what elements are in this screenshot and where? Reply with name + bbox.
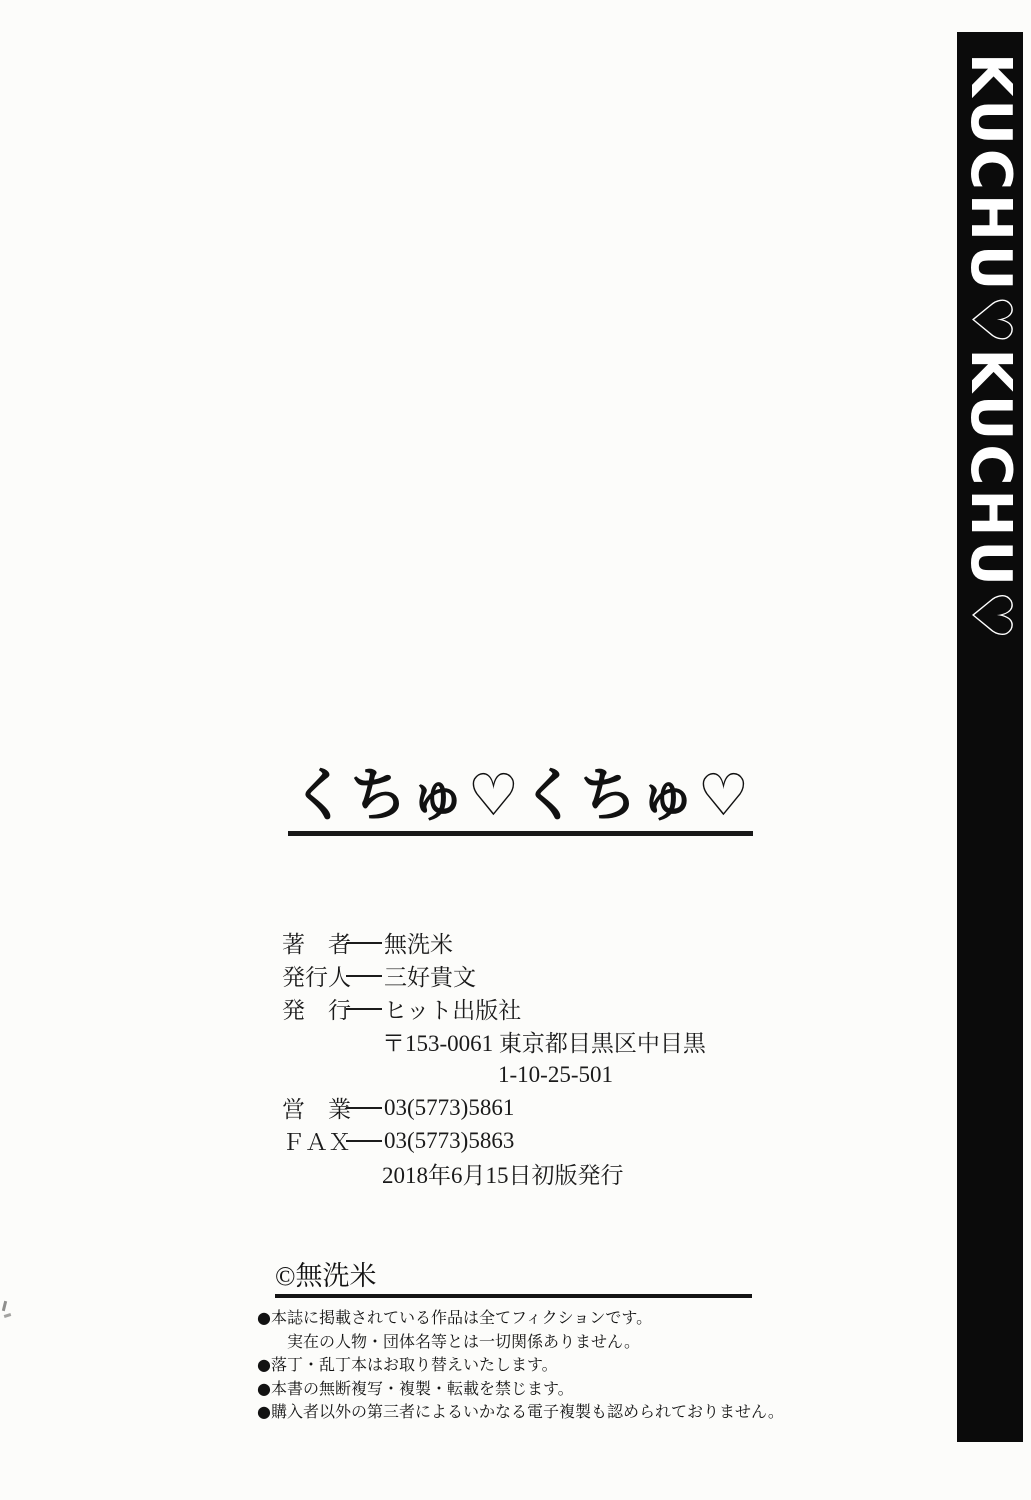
legal-notices: ●本誌に掲載されている作品は全てフィクションです。実在の人物・団体名等とは一切関…	[257, 1306, 817, 1424]
info-row: 発行人三好貴文	[282, 959, 706, 992]
spine-title-vertical: KUCHU♡KUCHU♡	[962, 53, 1018, 1442]
info-row: 営 業03(5773)5861	[282, 1091, 706, 1124]
copyright-line: ©無洗米	[275, 1261, 377, 1291]
notice-line: 実在の人物・団体名等とは一切関係ありません。	[257, 1330, 817, 1354]
notice-line: ●落丁・乱丁本はお取り替えいたします。	[257, 1353, 817, 1377]
info-row: 1-10-25-501	[282, 1058, 706, 1091]
info-label: ＦＡＸ	[282, 1124, 346, 1157]
info-label: 営 業	[282, 1091, 346, 1124]
info-row: ＦＡＸ03(5773)5863	[282, 1124, 706, 1157]
info-value: 三好貴文	[384, 959, 476, 992]
info-label: 発行人	[282, 959, 346, 992]
colophon-page: KUCHU♡KUCHU♡ くちゅ♡くちゅ♡ 著 者無洗米発行人三好貴文発 行ヒッ…	[0, 0, 1031, 1500]
info-value: 1-10-25-501	[498, 1062, 613, 1088]
book-spine-bar: KUCHU♡KUCHU♡	[957, 32, 1023, 1442]
info-value: 2018年6月15日初版発行	[382, 1157, 624, 1190]
info-value: ヒット出版社	[384, 992, 521, 1025]
title-underline	[288, 831, 753, 836]
book-title: くちゅ♡くちゅ♡	[288, 764, 753, 826]
scan-artifact	[2, 1301, 7, 1311]
notice-line: ●本誌に掲載されている作品は全てフィクションです。	[257, 1306, 817, 1330]
info-label: 発 行	[282, 992, 346, 1025]
info-value: 03(5773)5863	[384, 1128, 514, 1154]
dash-separator	[346, 942, 382, 944]
info-row: 著 者無洗米	[282, 926, 706, 959]
info-value: 無洗米	[384, 926, 453, 959]
info-row: 2018年6月15日初版発行	[282, 1157, 706, 1190]
info-row: 発 行ヒット出版社	[282, 992, 706, 1025]
dash-separator	[346, 1140, 382, 1142]
dash-separator	[346, 1107, 382, 1109]
info-row: 〒153-0061 東京都目黒区中目黒	[282, 1025, 706, 1058]
info-label: 著 者	[282, 926, 346, 959]
info-value: 03(5773)5861	[384, 1095, 514, 1121]
notice-line: ●購入者以外の第三者によるいかなる電子複製も認められておりません。	[257, 1400, 817, 1424]
info-value: 〒153-0061 東京都目黒区中目黒	[382, 1025, 706, 1058]
scan-artifact	[4, 1313, 12, 1318]
notice-line: ●本書の無断複写・複製・転載を禁じます。	[257, 1377, 817, 1401]
copyright-underline	[275, 1294, 752, 1298]
dash-separator	[346, 1008, 382, 1010]
dash-separator	[346, 975, 382, 977]
publication-info: 著 者無洗米発行人三好貴文発 行ヒット出版社〒153-0061 東京都目黒区中目…	[282, 926, 706, 1190]
